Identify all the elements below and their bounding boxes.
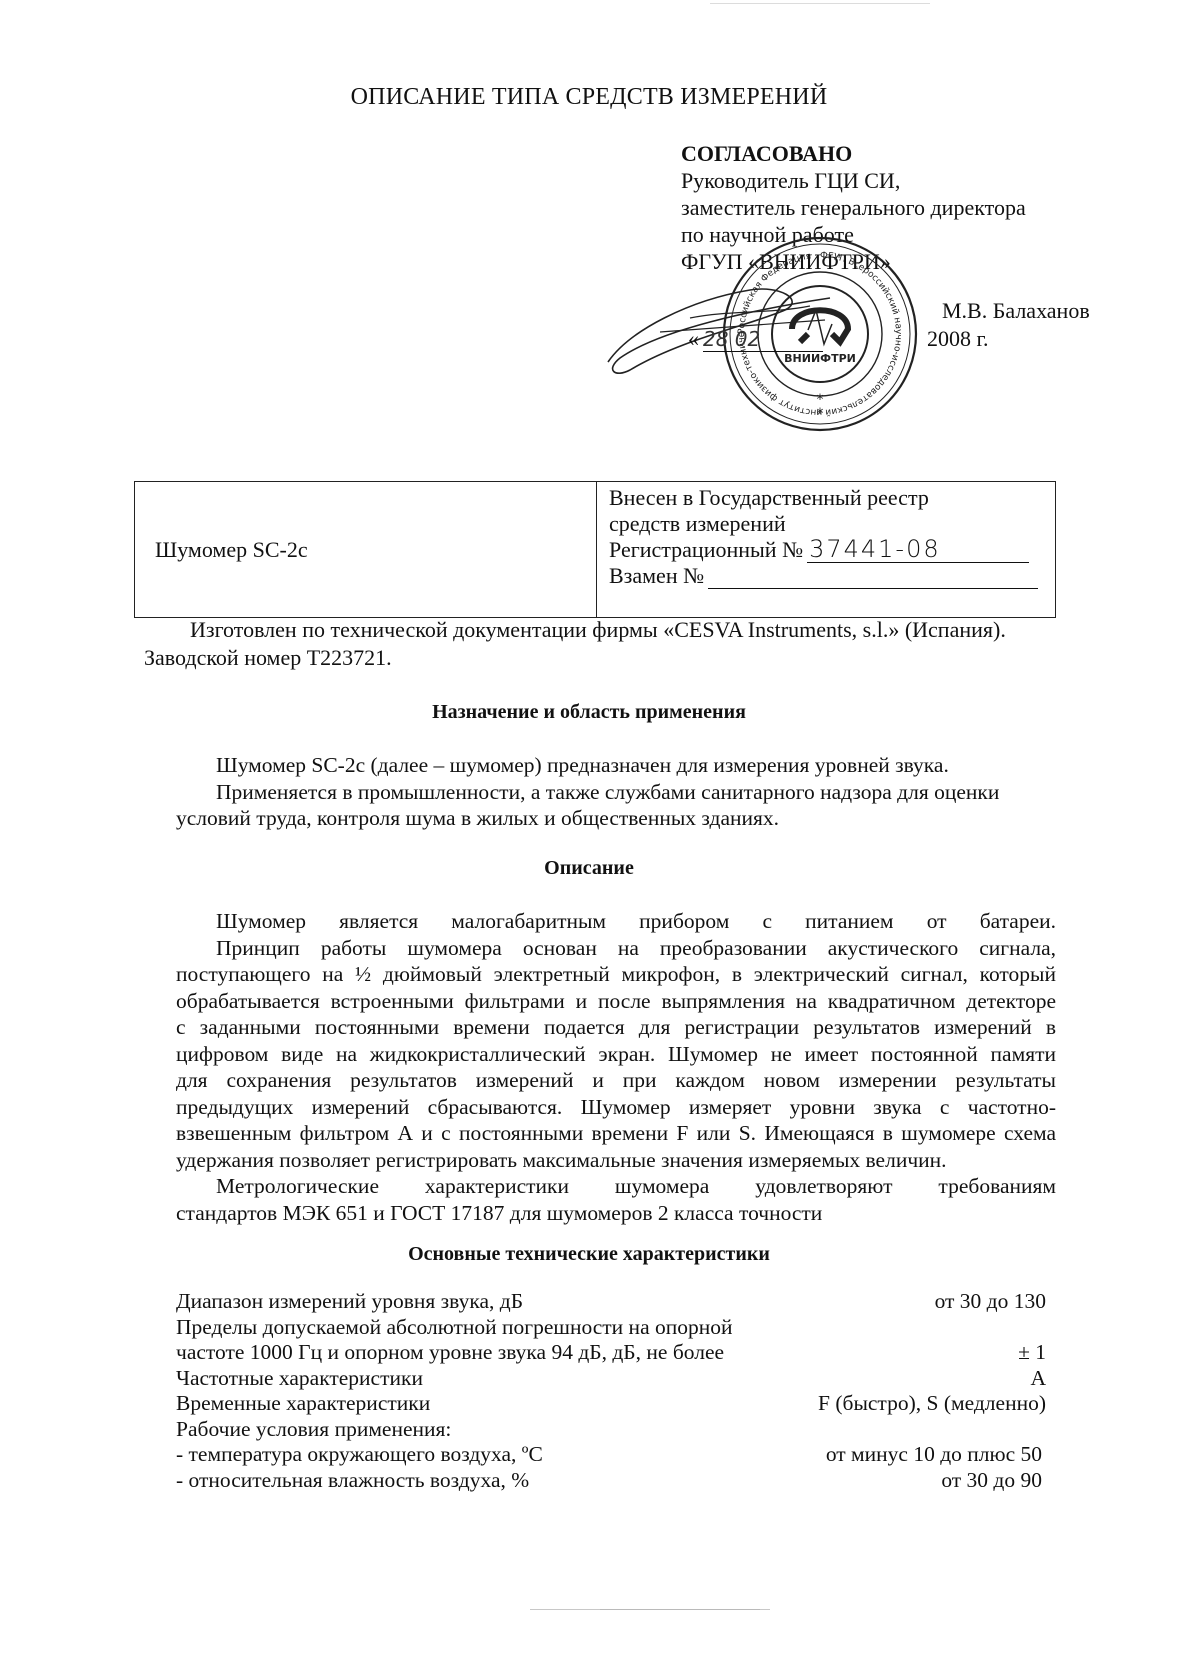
- section-heading-purpose: Назначение и область применения: [0, 701, 1178, 724]
- description-paragraph: Шумомер является малогабаритным прибором…: [176, 908, 1056, 935]
- purpose-paragraph: условий труда, контроля шума в жилых и о…: [176, 805, 1056, 832]
- spec-label: Рабочие условия применения:: [176, 1417, 451, 1443]
- approval-heading: СОГЛАСОВАНО: [681, 140, 1026, 167]
- purpose-text: Шумомер SC-2c (далее – шумомер) предназн…: [176, 752, 1056, 832]
- description-text: Шумомер является малогабаритным прибором…: [176, 908, 1056, 1226]
- section-heading-description: Описание: [0, 857, 1178, 880]
- registration-number: 37441-08: [807, 538, 1029, 563]
- section-heading-specs: Основные технические характеристики: [0, 1243, 1178, 1266]
- registry-line: Внесен в Государственный реестр: [609, 485, 1055, 511]
- date-handwritten: 28 02: [703, 327, 823, 352]
- scan-artifact-top: [710, 3, 930, 4]
- svg-text:*: *: [817, 406, 824, 422]
- spec-label: частоте 1000 Гц и опорном уровне звука 9…: [176, 1340, 724, 1366]
- replaces-label: Взамен №: [609, 563, 704, 589]
- specs-list: Диапазон измерений уровня звука, дБ от 3…: [176, 1289, 1046, 1493]
- description-line: взвешенным фильтром А и с постоянными вр…: [176, 1120, 1056, 1147]
- description-line: предыдущих измерений сбрасываются. Шумом…: [176, 1094, 1056, 1121]
- instrument-name: Шумомер SC-2c: [155, 537, 308, 563]
- approval-line: Руководитель ГЦИ СИ,: [681, 167, 1026, 194]
- registration-table: Шумомер SC-2c Внесен в Государственный р…: [134, 481, 1056, 618]
- manufacturer-line: Изготовлен по технической документации ф…: [144, 616, 1064, 644]
- description-line: цифровом виде на жидкокристаллический эк…: [176, 1041, 1056, 1068]
- spec-row: Временные характеристики F (быстро), S (…: [176, 1391, 1046, 1417]
- instrument-name-cell: Шумомер SC-2c: [135, 482, 597, 617]
- description-line: для сохранения результатов измерений и п…: [176, 1067, 1056, 1094]
- spec-value: от минус 10 до плюс 50: [826, 1442, 1046, 1468]
- spec-row: Частотные характеристики А: [176, 1366, 1046, 1392]
- description-line: стандартов МЭК 651 и ГОСТ 17187 для шумо…: [176, 1200, 1056, 1227]
- description-line: Метрологические характеристики шумомера …: [176, 1173, 1056, 1200]
- manufacturer-info: Изготовлен по технической документации ф…: [144, 616, 1064, 672]
- registration-number-label: Регистрационный №: [609, 537, 803, 563]
- spec-value: А: [1030, 1366, 1046, 1392]
- spec-value: ± 1: [1018, 1340, 1046, 1366]
- spec-row: Диапазон измерений уровня звука, дБ от 3…: [176, 1289, 1046, 1315]
- description-line: обрабатывается встроенными фильтрами и п…: [176, 988, 1056, 1015]
- registration-number-row: Регистрационный № 37441-08: [609, 537, 1055, 563]
- spec-row: Пределы допускаемой абсолютной погрешнос…: [176, 1315, 1046, 1341]
- replaces-row: Взамен №: [609, 563, 1055, 589]
- registry-line: средств измерений: [609, 511, 1055, 537]
- spec-row: частоте 1000 Гц и опорном уровне звука 9…: [176, 1340, 1046, 1366]
- replaces-value: [708, 564, 1038, 589]
- purpose-paragraph: Шумомер SC-2c (далее – шумомер) предназн…: [176, 752, 949, 779]
- approval-date: « 28 02 2008 г.: [688, 326, 989, 352]
- date-open-quote: «: [688, 326, 699, 352]
- description-line: удержания позволяет регистрировать макси…: [176, 1147, 1056, 1174]
- description-line: поступающего на ½ дюймовый электретный м…: [176, 961, 1056, 988]
- approval-line: заместитель генерального директора: [681, 194, 1026, 221]
- spec-row: - относительная влажность воздуха, % от …: [176, 1468, 1046, 1494]
- spec-label: Временные характеристики: [176, 1391, 430, 1417]
- description-line: с заданными постоянными времени подается…: [176, 1014, 1056, 1041]
- serial-number-line: Заводской номер T223721.: [144, 644, 1064, 672]
- spec-label: - температура окружающего воздуха, ºС: [176, 1442, 543, 1468]
- purpose-paragraph: Применяется в промышленности, а также сл…: [176, 779, 999, 806]
- spec-row: Рабочие условия применения:: [176, 1417, 1046, 1443]
- date-year: 2008 г.: [927, 326, 989, 352]
- spec-label: - относительная влажность воздуха, %: [176, 1468, 529, 1494]
- spec-label: Пределы допускаемой абсолютной погрешнос…: [176, 1315, 733, 1341]
- spec-value: от 30 до 90: [941, 1468, 1046, 1494]
- spec-label: Частотные характеристики: [176, 1366, 423, 1392]
- document-title: ОПИСАНИЕ ТИПА СРЕДСТВ ИЗМЕРЕНИЙ: [0, 84, 1178, 111]
- spec-label: Диапазон измерений уровня звука, дБ: [176, 1289, 523, 1315]
- approval-signer: М.В. Балаханов: [942, 298, 1090, 324]
- registry-cell: Внесен в Государственный реестр средств …: [597, 482, 1055, 617]
- spec-value: F (быстро), S (медленно): [818, 1391, 1046, 1417]
- description-line: Принцип работы шумомера основан на преоб…: [176, 935, 1056, 962]
- spec-row: - температура окружающего воздуха, ºС от…: [176, 1442, 1046, 1468]
- spec-value: от 30 до 130: [935, 1289, 1046, 1315]
- stamp-label: ВНИИФТРИ: [784, 352, 856, 365]
- scan-artifact-bottom-2: [600, 1609, 760, 1610]
